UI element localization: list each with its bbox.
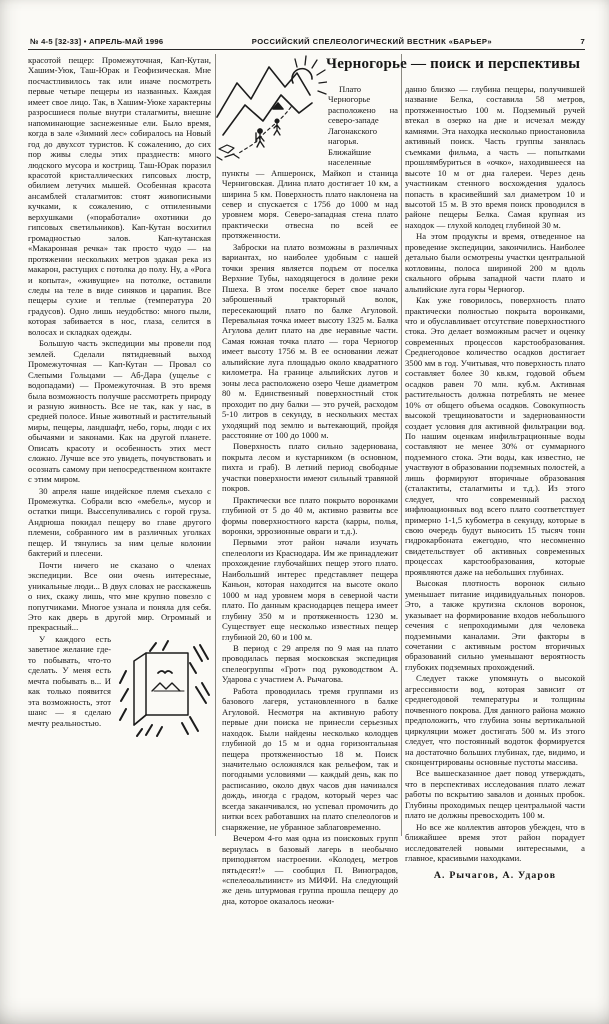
left-column: красотой пещер: Промежуточная, Кап-Кутан… bbox=[28, 55, 211, 739]
paragraph: Поверхность плато сильно задернована, по… bbox=[222, 441, 398, 493]
paragraph: Вечером 4-го мая одна из поисковых групп… bbox=[222, 833, 398, 906]
page-number: 7 bbox=[581, 37, 585, 46]
paragraph: Первыми этот район начали изучать спелео… bbox=[222, 537, 398, 642]
right-column: данно близко — глубина пещеры, получивше… bbox=[405, 84, 585, 882]
paragraph: Но все же коллектив авторов убежден, что… bbox=[405, 822, 585, 864]
open-door-icon bbox=[116, 637, 211, 737]
paragraph: Почти ничего не сказано о членах экспеди… bbox=[28, 560, 211, 633]
paragraph: Все вышесказанное дает повод утверждать,… bbox=[405, 768, 585, 820]
middle-column: Плато Черногорье расположено на северо-з… bbox=[222, 84, 398, 907]
paragraph: В период с 29 апреля по 9 мая на плато п… bbox=[222, 643, 398, 685]
paragraph: Большую часть экспедиции мы провели под … bbox=[28, 338, 211, 484]
paragraph: Работа проводилась тремя группами из баз… bbox=[222, 686, 398, 832]
paragraph: Практически все плато покрыто воронками … bbox=[222, 495, 398, 537]
column-divider-right bbox=[401, 54, 402, 836]
article-title: Черногорье — поиск и перспективы bbox=[326, 56, 588, 73]
paragraph: 30 апреля наше индейское племя съехало с… bbox=[28, 486, 211, 559]
journal-title: РОССИЙСКИЙ СПЕЛЕОЛОГИЧЕСКИЙ ВЕСТНИК «БАР… bbox=[252, 37, 492, 46]
paragraph: Заброски на плато возможны в различных в… bbox=[222, 242, 398, 441]
paragraph: данно близко — глубина пещеры, получивше… bbox=[405, 84, 585, 230]
masthead: № 4-5 [32-33] • АПРЕЛЬ-МАЙ 1996 РОССИЙСК… bbox=[30, 37, 585, 46]
paragraph: На этом продукты и время, отведенное на … bbox=[405, 231, 585, 294]
paragraph: красотой пещер: Промежуточная, Кап-Кутан… bbox=[28, 55, 211, 337]
door-illustration bbox=[116, 637, 211, 737]
issue-label: № 4-5 [32-33] • АПРЕЛЬ-МАЙ 1996 bbox=[30, 37, 163, 46]
paragraph: Как уже говорилось, поверхность плато пр… bbox=[405, 295, 585, 577]
paragraph: Высокая плотность воронок сильно уменьша… bbox=[405, 578, 585, 672]
paragraph: Следует также упомянуть о высокой агресс… bbox=[405, 673, 585, 767]
image-wrap-spacer bbox=[222, 84, 328, 164]
column-divider-left bbox=[215, 54, 216, 836]
article-byline: А. Рычагов, А. Ударов bbox=[405, 871, 585, 881]
header-divider bbox=[28, 49, 585, 50]
paragraph-with-image-wrap: Плато Черногорье расположено на северо-з… bbox=[222, 84, 398, 241]
scanned-journal-page: № 4-5 [32-33] • АПРЕЛЬ-МАЙ 1996 РОССИЙСК… bbox=[0, 0, 609, 1024]
paragraph-with-door-art: У каждого есть заветное желание где-то п… bbox=[28, 634, 211, 728]
paragraph-text: У каждого есть заветное желание где-то п… bbox=[28, 634, 111, 728]
